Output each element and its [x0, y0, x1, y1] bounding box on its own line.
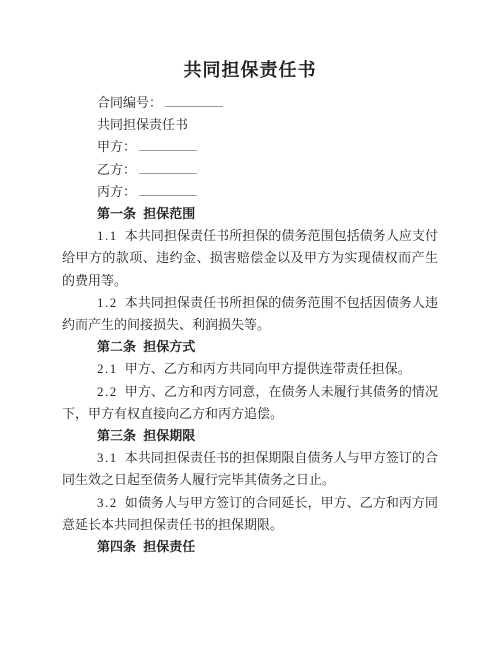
clause-3-2-number: 3.2: [97, 495, 118, 510]
clause-3-2-text: 如债务人与甲方签订的合同延长，甲方、乙方和丙方同意延长本共同担保责任书的担保期限…: [62, 495, 438, 532]
section-1-heading: 第一条 担保范围: [62, 203, 438, 225]
section-4-heading: 第四条 担保责任: [62, 536, 438, 558]
clause-2-1-number: 2.1: [97, 361, 118, 376]
document-body: 合同编号： 共同担保责任书 甲方： 乙方： 丙方： 第一条 担保范围 1.1本共…: [62, 92, 438, 558]
document-title: 共同担保责任书: [0, 0, 500, 83]
party-a-label: 甲方：: [97, 139, 136, 154]
clause-1-2-text: 本共同担保责任书所担保的债务范围不包括因债务人违约而产生的间接损失、利润损失等。: [62, 295, 438, 332]
document-page: 共同担保责任书 合同编号： 共同担保责任书 甲方： 乙方： 丙方： 第一条 担保…: [0, 0, 500, 647]
clause-2-2: 2.2甲方、乙方和丙方同意，在债务人未履行其债务的情况下，甲方有权直接向乙方和丙…: [62, 381, 438, 425]
party-a-line: 甲方：: [62, 136, 438, 158]
party-a-blank: [139, 138, 197, 151]
clause-3-1-number: 3.1: [97, 450, 118, 465]
party-b-label: 乙方：: [97, 162, 136, 177]
contract-number-label: 合同编号：: [97, 95, 162, 110]
party-b-blank: [139, 161, 197, 174]
party-b-line: 乙方：: [62, 159, 438, 181]
clause-1-2-number: 1.2: [97, 295, 118, 310]
document-subtitle: 共同担保责任书: [62, 114, 438, 136]
contract-number-blank: [165, 94, 223, 107]
clause-3-1: 3.1本共同担保责任书的担保期限自债务人与甲方签订的合同生效之日起至债务人履行完…: [62, 447, 438, 491]
clause-1-1: 1.1本共同担保责任书所担保的债务范围包括债务人应支付给甲方的款项、违约金、损害…: [62, 225, 438, 292]
party-c-blank: [139, 183, 197, 196]
section-2-heading: 第二条 担保方式: [62, 336, 438, 358]
section-3-heading: 第三条 担保期限: [62, 425, 438, 447]
clause-1-1-number: 1.1: [97, 228, 118, 243]
clause-2-1: 2.1甲方、乙方和丙方共同向甲方提供连带责任担保。: [62, 358, 438, 380]
clause-2-2-number: 2.2: [97, 384, 118, 399]
clause-2-1-text: 甲方、乙方和丙方共同向甲方提供连带责任担保。: [125, 361, 411, 376]
clause-3-1-text: 本共同担保责任书的担保期限自债务人与甲方签订的合同生效之日起至债务人履行完毕其债…: [62, 450, 438, 487]
contract-number-line: 合同编号：: [62, 92, 438, 114]
clause-2-2-text: 甲方、乙方和丙方同意，在债务人未履行其债务的情况下，甲方有权直接向乙方和丙方追偿…: [62, 384, 438, 421]
party-c-label: 丙方：: [97, 184, 136, 199]
party-c-line: 丙方：: [62, 181, 438, 203]
clause-1-2: 1.2本共同担保责任书所担保的债务范围不包括因债务人违约而产生的间接损失、利润损…: [62, 292, 438, 336]
clause-3-2: 3.2如债务人与甲方签订的合同延长，甲方、乙方和丙方同意延长本共同担保责任书的担…: [62, 492, 438, 536]
clause-1-1-text: 本共同担保责任书所担保的债务范围包括债务人应支付给甲方的款项、违约金、损害赔偿金…: [62, 228, 438, 287]
